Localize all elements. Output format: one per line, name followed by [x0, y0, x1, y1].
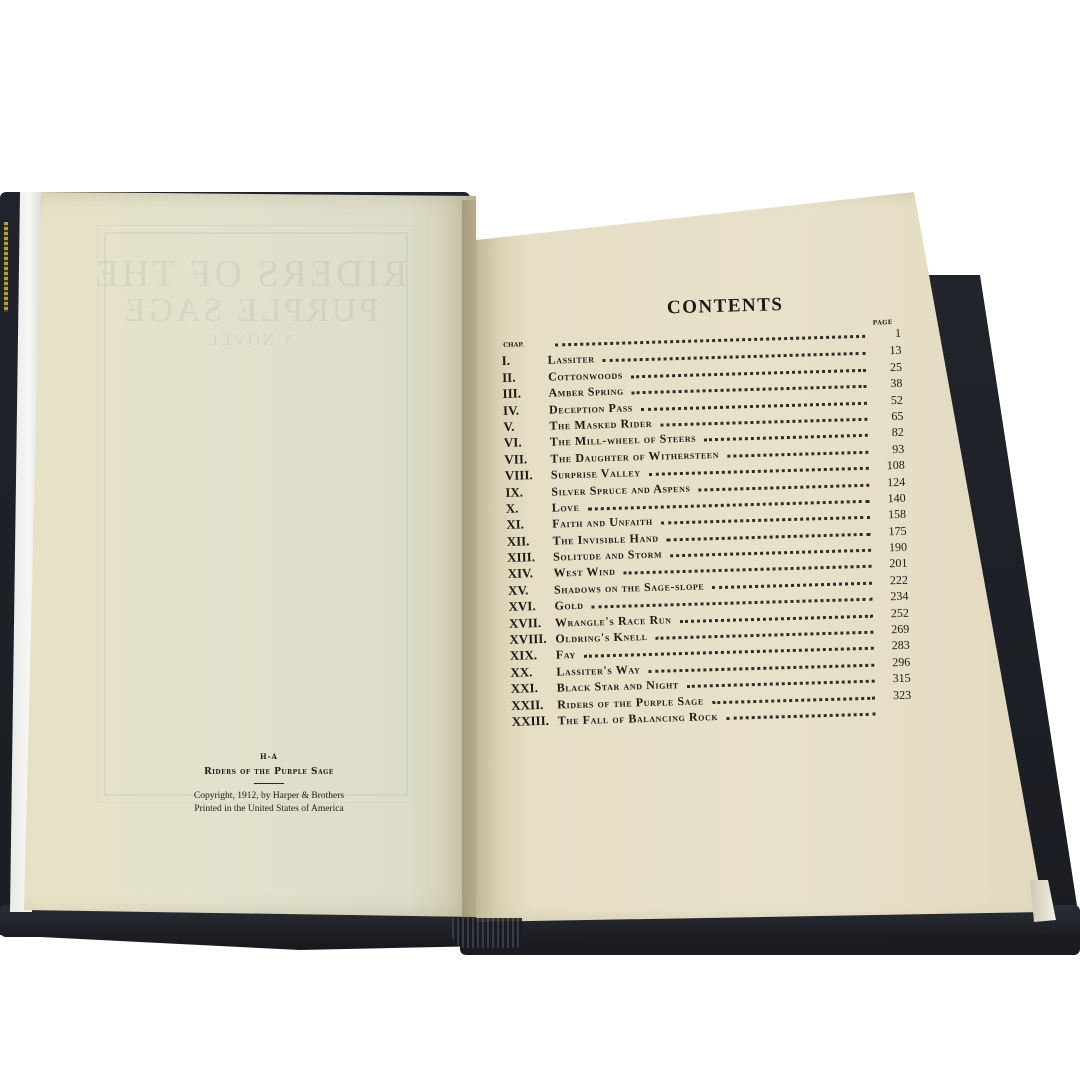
copyright-imprint: H-A Riders of the Purple Sage Copyright,… — [134, 752, 404, 816]
gold-trim — [4, 222, 8, 312]
chapter-number: XI. — [506, 516, 552, 533]
chapter-title: West Wind — [553, 564, 621, 581]
chapter-title: The Invisible Hand — [552, 530, 664, 548]
chapter-page: 13 — [871, 343, 901, 359]
copyright-line: Copyright, 1912, by Harper & Brothers — [134, 790, 404, 803]
chapter-title: The Masked Rider — [549, 416, 658, 434]
chapter-number: XVIII. — [509, 631, 555, 648]
chapter-number: XXIII. — [512, 713, 558, 730]
chapter-title: Amber Spring — [548, 384, 630, 401]
chapter-number: XXI. — [511, 680, 557, 697]
chapter-page: 52 — [873, 392, 903, 408]
chapter-title: Gold — [554, 598, 589, 614]
chapter-title: Love — [552, 500, 586, 516]
chapter-title: Fay — [556, 647, 582, 663]
chapter-page: 108 — [875, 458, 905, 474]
chapter-page: 93 — [874, 442, 904, 458]
chapter-title: Cottonwoods — [548, 367, 629, 384]
printed-line: Printed in the United States of America — [134, 803, 404, 816]
imprint-rule — [254, 783, 284, 784]
chapter-page: 82 — [874, 425, 904, 441]
chapter-number: IV. — [503, 401, 549, 418]
bleed-through-title-2: PURPLE SAGE — [24, 292, 476, 330]
toc-list: 1I.Lassiter13II.Cottonwoods25III.Amber S… — [501, 326, 911, 714]
table-of-contents: CONTENTS PAGE CHAP. 1I.Lassiter13II.Cott… — [500, 291, 912, 730]
chapter-number: XIX. — [510, 647, 556, 664]
chapter-number: XVI. — [508, 598, 554, 615]
chapter-title: Lassiter — [547, 352, 600, 368]
chapter-page: 269 — [879, 622, 909, 638]
leader-dots — [698, 483, 869, 491]
chapter-title: Solitude and Storm — [553, 546, 668, 564]
chapter-page: 323 — [881, 687, 911, 703]
chapter-number: X. — [506, 500, 552, 517]
left-page: RIDERS OF THE PURPLE SAGE A NOVEL H-A Ri… — [24, 192, 476, 917]
chapter-page: 124 — [875, 474, 905, 490]
chapter-number: IX. — [505, 483, 551, 500]
leader-dots — [727, 451, 868, 458]
chapter-page: 252 — [879, 605, 909, 621]
chapter-number: XII. — [506, 532, 552, 549]
leader-dots — [687, 680, 875, 688]
chapter-page: 234 — [878, 589, 908, 605]
chapter-page: 201 — [877, 556, 907, 572]
chapter-number: III. — [502, 385, 548, 402]
chap-column-label: CHAP. — [503, 341, 524, 349]
leader-dots — [704, 434, 868, 442]
chapter-title: Oldring's Knell — [555, 629, 654, 647]
chapter-number: VII. — [504, 450, 550, 467]
leader-dots — [680, 614, 873, 622]
chapter-page: 315 — [880, 671, 910, 687]
spine-ridges — [452, 918, 522, 948]
chapter-number: XIV. — [507, 565, 553, 582]
chapter-number: XIII. — [507, 549, 553, 566]
chapter-number: XVII. — [509, 614, 555, 631]
chapter-page: 158 — [876, 507, 906, 523]
chapter-number: II. — [502, 368, 548, 385]
leader-dots — [726, 713, 876, 720]
chapter-number: V. — [503, 418, 549, 435]
chapter-number: I. — [501, 352, 547, 369]
chapter-title: Deception Pass — [549, 400, 639, 418]
bleed-through-subtitle: A NOVEL — [24, 332, 476, 350]
chapter-page — [882, 715, 912, 716]
chapter-number: XXII. — [511, 696, 557, 713]
chapter-number: VIII. — [505, 467, 551, 484]
chapter-page: 38 — [872, 376, 902, 392]
chapter-number: VI. — [504, 434, 550, 451]
chapter-page: 25 — [872, 360, 902, 376]
chapter-page: 296 — [880, 655, 910, 671]
chapter-page: 140 — [875, 491, 905, 507]
chapter-page: 1 — [871, 326, 901, 342]
chapter-number: XX. — [510, 663, 556, 680]
imprint-title: Riders of the Purple Sage — [134, 767, 404, 777]
chapter-number: XV. — [508, 581, 554, 598]
bleed-through-title-1: RIDERS OF THE — [24, 252, 476, 296]
chapter-page: 190 — [877, 540, 907, 556]
leader-dots — [712, 582, 872, 589]
chapter-title: Lassiter's Way — [556, 662, 646, 680]
chapter-page: 222 — [878, 573, 908, 589]
chapter-page: 283 — [880, 638, 910, 654]
chapter-title: Faith and Unfaith — [552, 514, 659, 532]
book-photo: RIDERS OF THE PURPLE SAGE A NOVEL H-A Ri… — [0, 0, 1080, 1080]
leader-dots — [712, 696, 875, 704]
imprint-code: H-A — [134, 752, 404, 761]
chapter-title: Surprise Valley — [551, 465, 647, 483]
chapter-page: 175 — [876, 523, 906, 539]
chapter-page: 65 — [873, 409, 903, 425]
